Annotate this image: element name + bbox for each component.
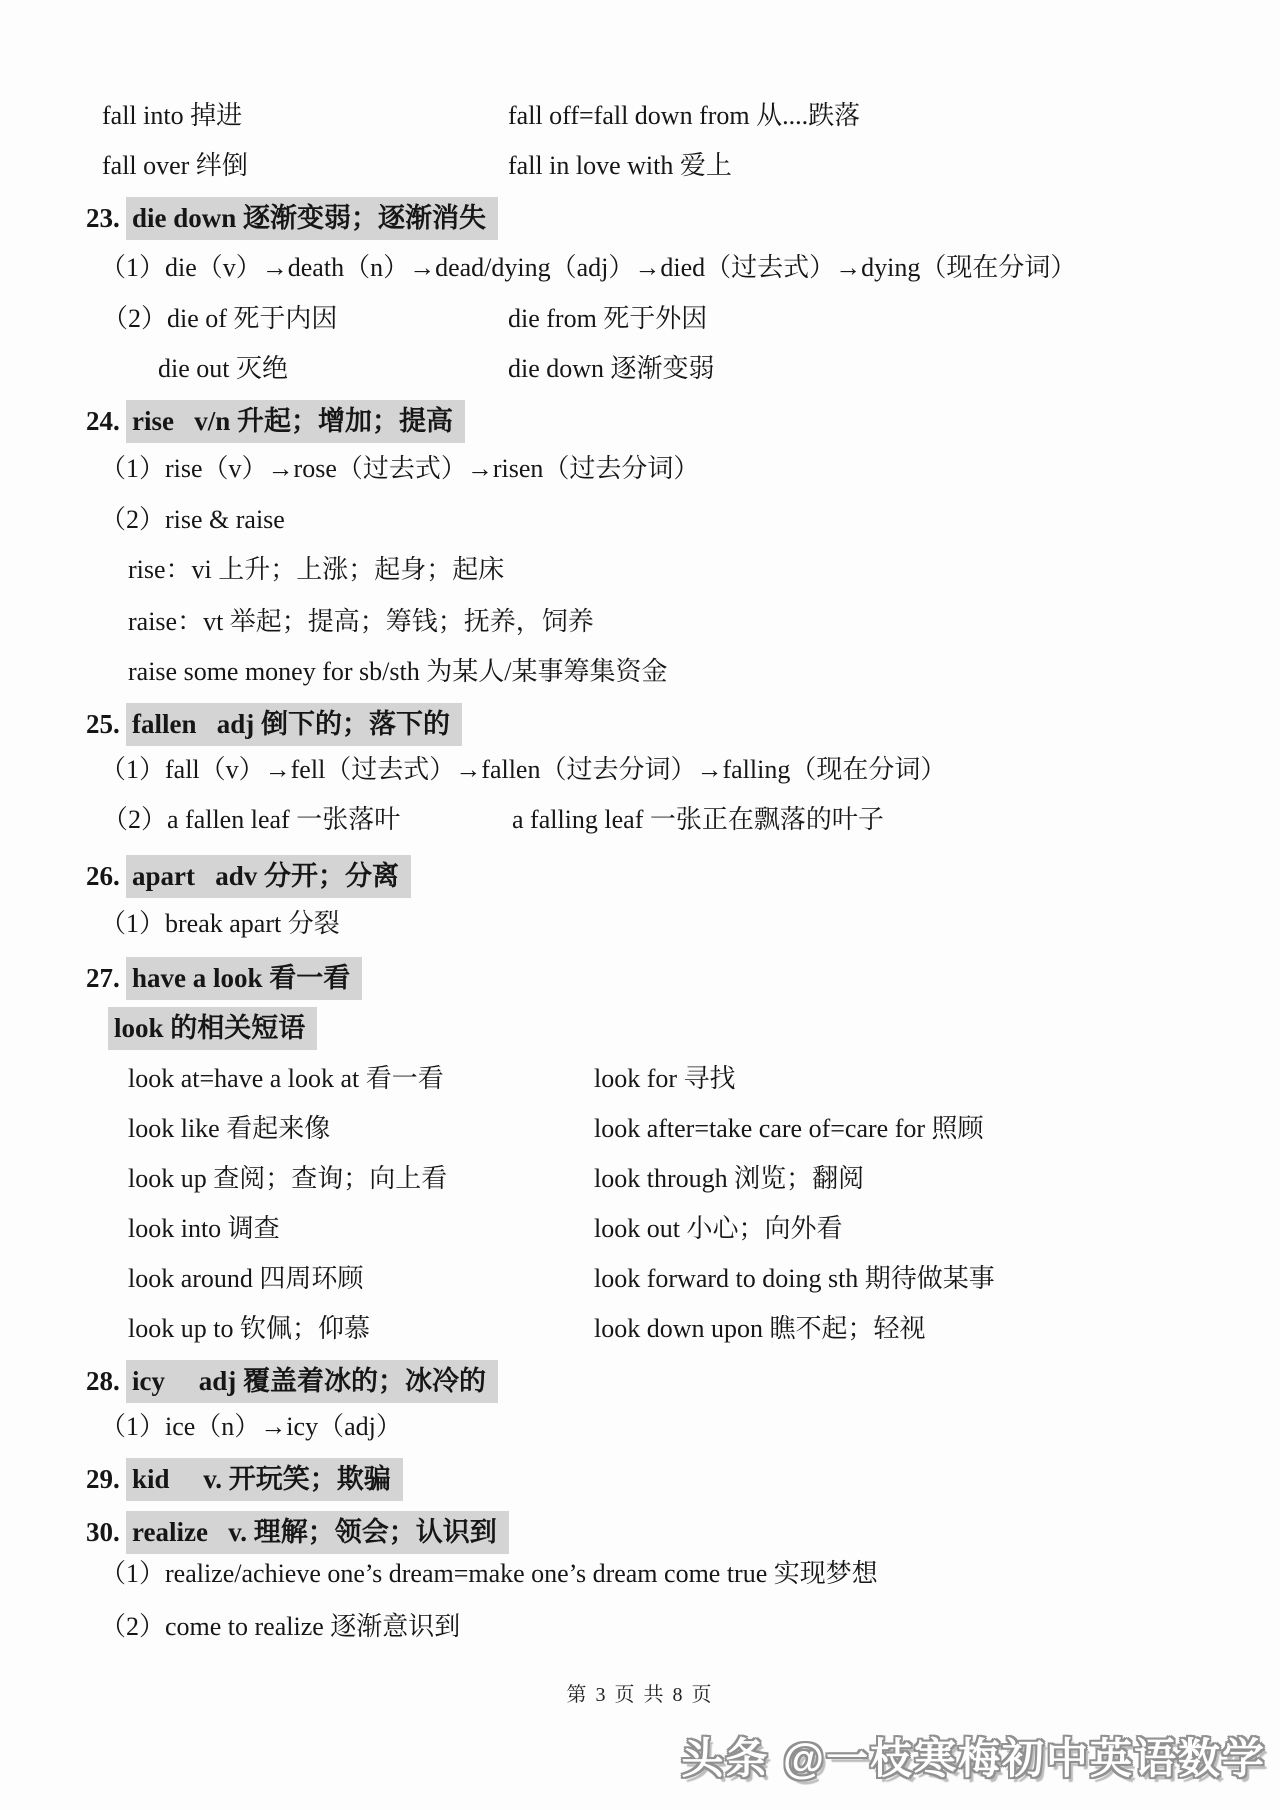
left-phrase: fall into 掉进 (102, 100, 242, 132)
right-phrase: look out 小心；向外看 (594, 1213, 842, 1245)
right-phrase: look after=take care of=care for 照顾 (594, 1113, 984, 1145)
vocab-line: die out 灭绝 die down 逐渐变弱 (0, 353, 1280, 393)
vocab-line: look like 看起来像 look after=take care of=c… (0, 1113, 1280, 1153)
entry-number: 24. (86, 405, 120, 437)
right-phrase: fall in love with 爱上 (508, 150, 732, 182)
vocab-line: （1）realize/achieve one’s dream=make one’… (0, 1558, 1280, 1598)
body-text: （1）rise（v）→rose（过去式）→risen（过去分词） (100, 453, 699, 485)
vocab-line: （2）come to realize 逐渐意识到 (0, 1611, 1280, 1651)
right-phrase: die down 逐渐变弱 (508, 353, 715, 385)
left-phrase: look around 四周环顾 (128, 1263, 363, 1295)
entry-heading-27: 27. have a look 看一看 (0, 957, 1280, 997)
entry-number: 28. (86, 1365, 120, 1397)
right-phrase: look for 寻找 (594, 1063, 736, 1095)
vocab-line: look up 查阅；查询；向上看 look through 浏览；翻阅 (0, 1163, 1280, 1203)
body-text: raise：vt 举起；提高；筹钱；抚养，饲养 (128, 606, 594, 638)
vocab-line: （2）a fallen leaf 一张落叶 a falling leaf 一张正… (0, 804, 1280, 844)
body-text: （1）realize/achieve one’s dream=make one’… (100, 1558, 878, 1590)
vocab-line: raise：vt 举起；提高；筹钱；抚养，饲养 (0, 606, 1280, 646)
entry-title: rise v/n 升起；增加；提高 (126, 400, 465, 443)
vocab-line: （1）die（v）→death（n）→dead/dying（adj）→died（… (0, 252, 1280, 292)
body-text: （1）break apart 分裂 (100, 908, 340, 940)
document-page: fall into 掉进 fall off=fall down from 从..… (0, 0, 1280, 1810)
entry-title: realize v. 理解；领会；认识到 (126, 1511, 509, 1554)
entry-title: kid v. 开玩笑；欺骗 (126, 1458, 403, 1501)
left-phrase: die out 灭绝 (158, 353, 288, 385)
right-phrase: look through 浏览；翻阅 (594, 1163, 864, 1195)
vocab-line: （1）break apart 分裂 (0, 908, 1280, 948)
left-phrase: look like 看起来像 (128, 1113, 330, 1145)
watermark: 头条 @一枝寒梅初中英语数学 (681, 1726, 1266, 1786)
vocab-line: look up to 钦佩；仰慕 look down upon 瞧不起；轻视 (0, 1313, 1280, 1353)
entry-number: 27. (86, 962, 120, 994)
entry-title: have a look 看一看 (126, 957, 362, 1000)
entry-heading-26: 26. apart adv 分开；分离 (0, 855, 1280, 895)
right-phrase: look forward to doing sth 期待做某事 (594, 1263, 995, 1295)
entry-title: icy adj 覆盖着冰的；冰冷的 (126, 1360, 498, 1403)
page-number: 第 3 页 共 8 页 (0, 1678, 1280, 1707)
subheading-title: look 的相关短语 (108, 1007, 317, 1050)
left-phrase: （2）die of 死于内因 (102, 303, 337, 335)
entry-number: 30. (86, 1516, 120, 1548)
entry-heading-30: 30. realize v. 理解；领会；认识到 (0, 1511, 1280, 1551)
body-text: （2）rise & raise (100, 504, 285, 536)
vocab-line: fall into 掉进 fall off=fall down from 从..… (0, 100, 1280, 140)
left-phrase: look at=have a look at 看一看 (128, 1063, 444, 1095)
entry-title: die down 逐渐变弱；逐渐消失 (126, 197, 498, 240)
entry-heading-28: 28. icy adj 覆盖着冰的；冰冷的 (0, 1360, 1280, 1400)
body-text: （2）come to realize 逐渐意识到 (100, 1611, 460, 1643)
entry-heading-24: 24. rise v/n 升起；增加；提高 (0, 400, 1280, 440)
left-phrase: look into 调查 (128, 1213, 280, 1245)
vocab-line: （2）die of 死于内因 die from 死于外因 (0, 303, 1280, 343)
entry-number: 26. (86, 860, 120, 892)
body-text: （1）die（v）→death（n）→dead/dying（adj）→died（… (100, 252, 1076, 284)
left-phrase: look up to 钦佩；仰慕 (128, 1313, 370, 1345)
vocab-line: （2）rise & raise (0, 504, 1280, 544)
vocab-line: rise：vi 上升；上涨；起身；起床 (0, 554, 1280, 594)
body-text: （1）fall（v）→fell（过去式）→fallen（过去分词）→fallin… (100, 754, 946, 786)
look-phrases-subheading: look 的相关短语 (0, 1007, 1280, 1047)
vocab-line: look at=have a look at 看一看 look for 寻找 (0, 1063, 1280, 1103)
entry-heading-29: 29. kid v. 开玩笑；欺骗 (0, 1458, 1280, 1498)
left-phrase: look up 查阅；查询；向上看 (128, 1163, 447, 1195)
vocab-line: look around 四周环顾 look forward to doing s… (0, 1263, 1280, 1303)
left-phrase: fall over 绊倒 (102, 150, 248, 182)
vocab-line: look into 调查 look out 小心；向外看 (0, 1213, 1280, 1253)
entry-number: 29. (86, 1463, 120, 1495)
vocab-line: （1）ice（n）→icy（adj） (0, 1411, 1280, 1451)
vocab-line: （1）fall（v）→fell（过去式）→fallen（过去分词）→fallin… (0, 754, 1280, 794)
right-phrase: look down upon 瞧不起；轻视 (594, 1313, 926, 1345)
vocab-line: fall over 绊倒 fall in love with 爱上 (0, 150, 1280, 190)
right-phrase: die from 死于外因 (508, 303, 707, 335)
entry-title: fallen adj 倒下的；落下的 (126, 703, 462, 746)
entry-number: 23. (86, 202, 120, 234)
vocab-line: raise some money for sb/sth 为某人/某事筹集资金 (0, 656, 1280, 696)
entry-number: 25. (86, 708, 120, 740)
entry-title: apart adv 分开；分离 (126, 855, 411, 898)
right-phrase: a falling leaf 一张正在飘落的叶子 (512, 804, 884, 836)
entry-heading-25: 25. fallen adj 倒下的；落下的 (0, 703, 1280, 743)
vocab-line: （1）rise（v）→rose（过去式）→risen（过去分词） (0, 453, 1280, 493)
body-text: （1）ice（n）→icy（adj） (100, 1411, 402, 1443)
left-phrase: （2）a fallen leaf 一张落叶 (102, 804, 400, 836)
body-text: rise：vi 上升；上涨；起身；起床 (128, 554, 504, 586)
entry-heading-23: 23. die down 逐渐变弱；逐渐消失 (0, 197, 1280, 237)
right-phrase: fall off=fall down from 从....跌落 (508, 100, 860, 132)
body-text: raise some money for sb/sth 为某人/某事筹集资金 (128, 656, 667, 688)
